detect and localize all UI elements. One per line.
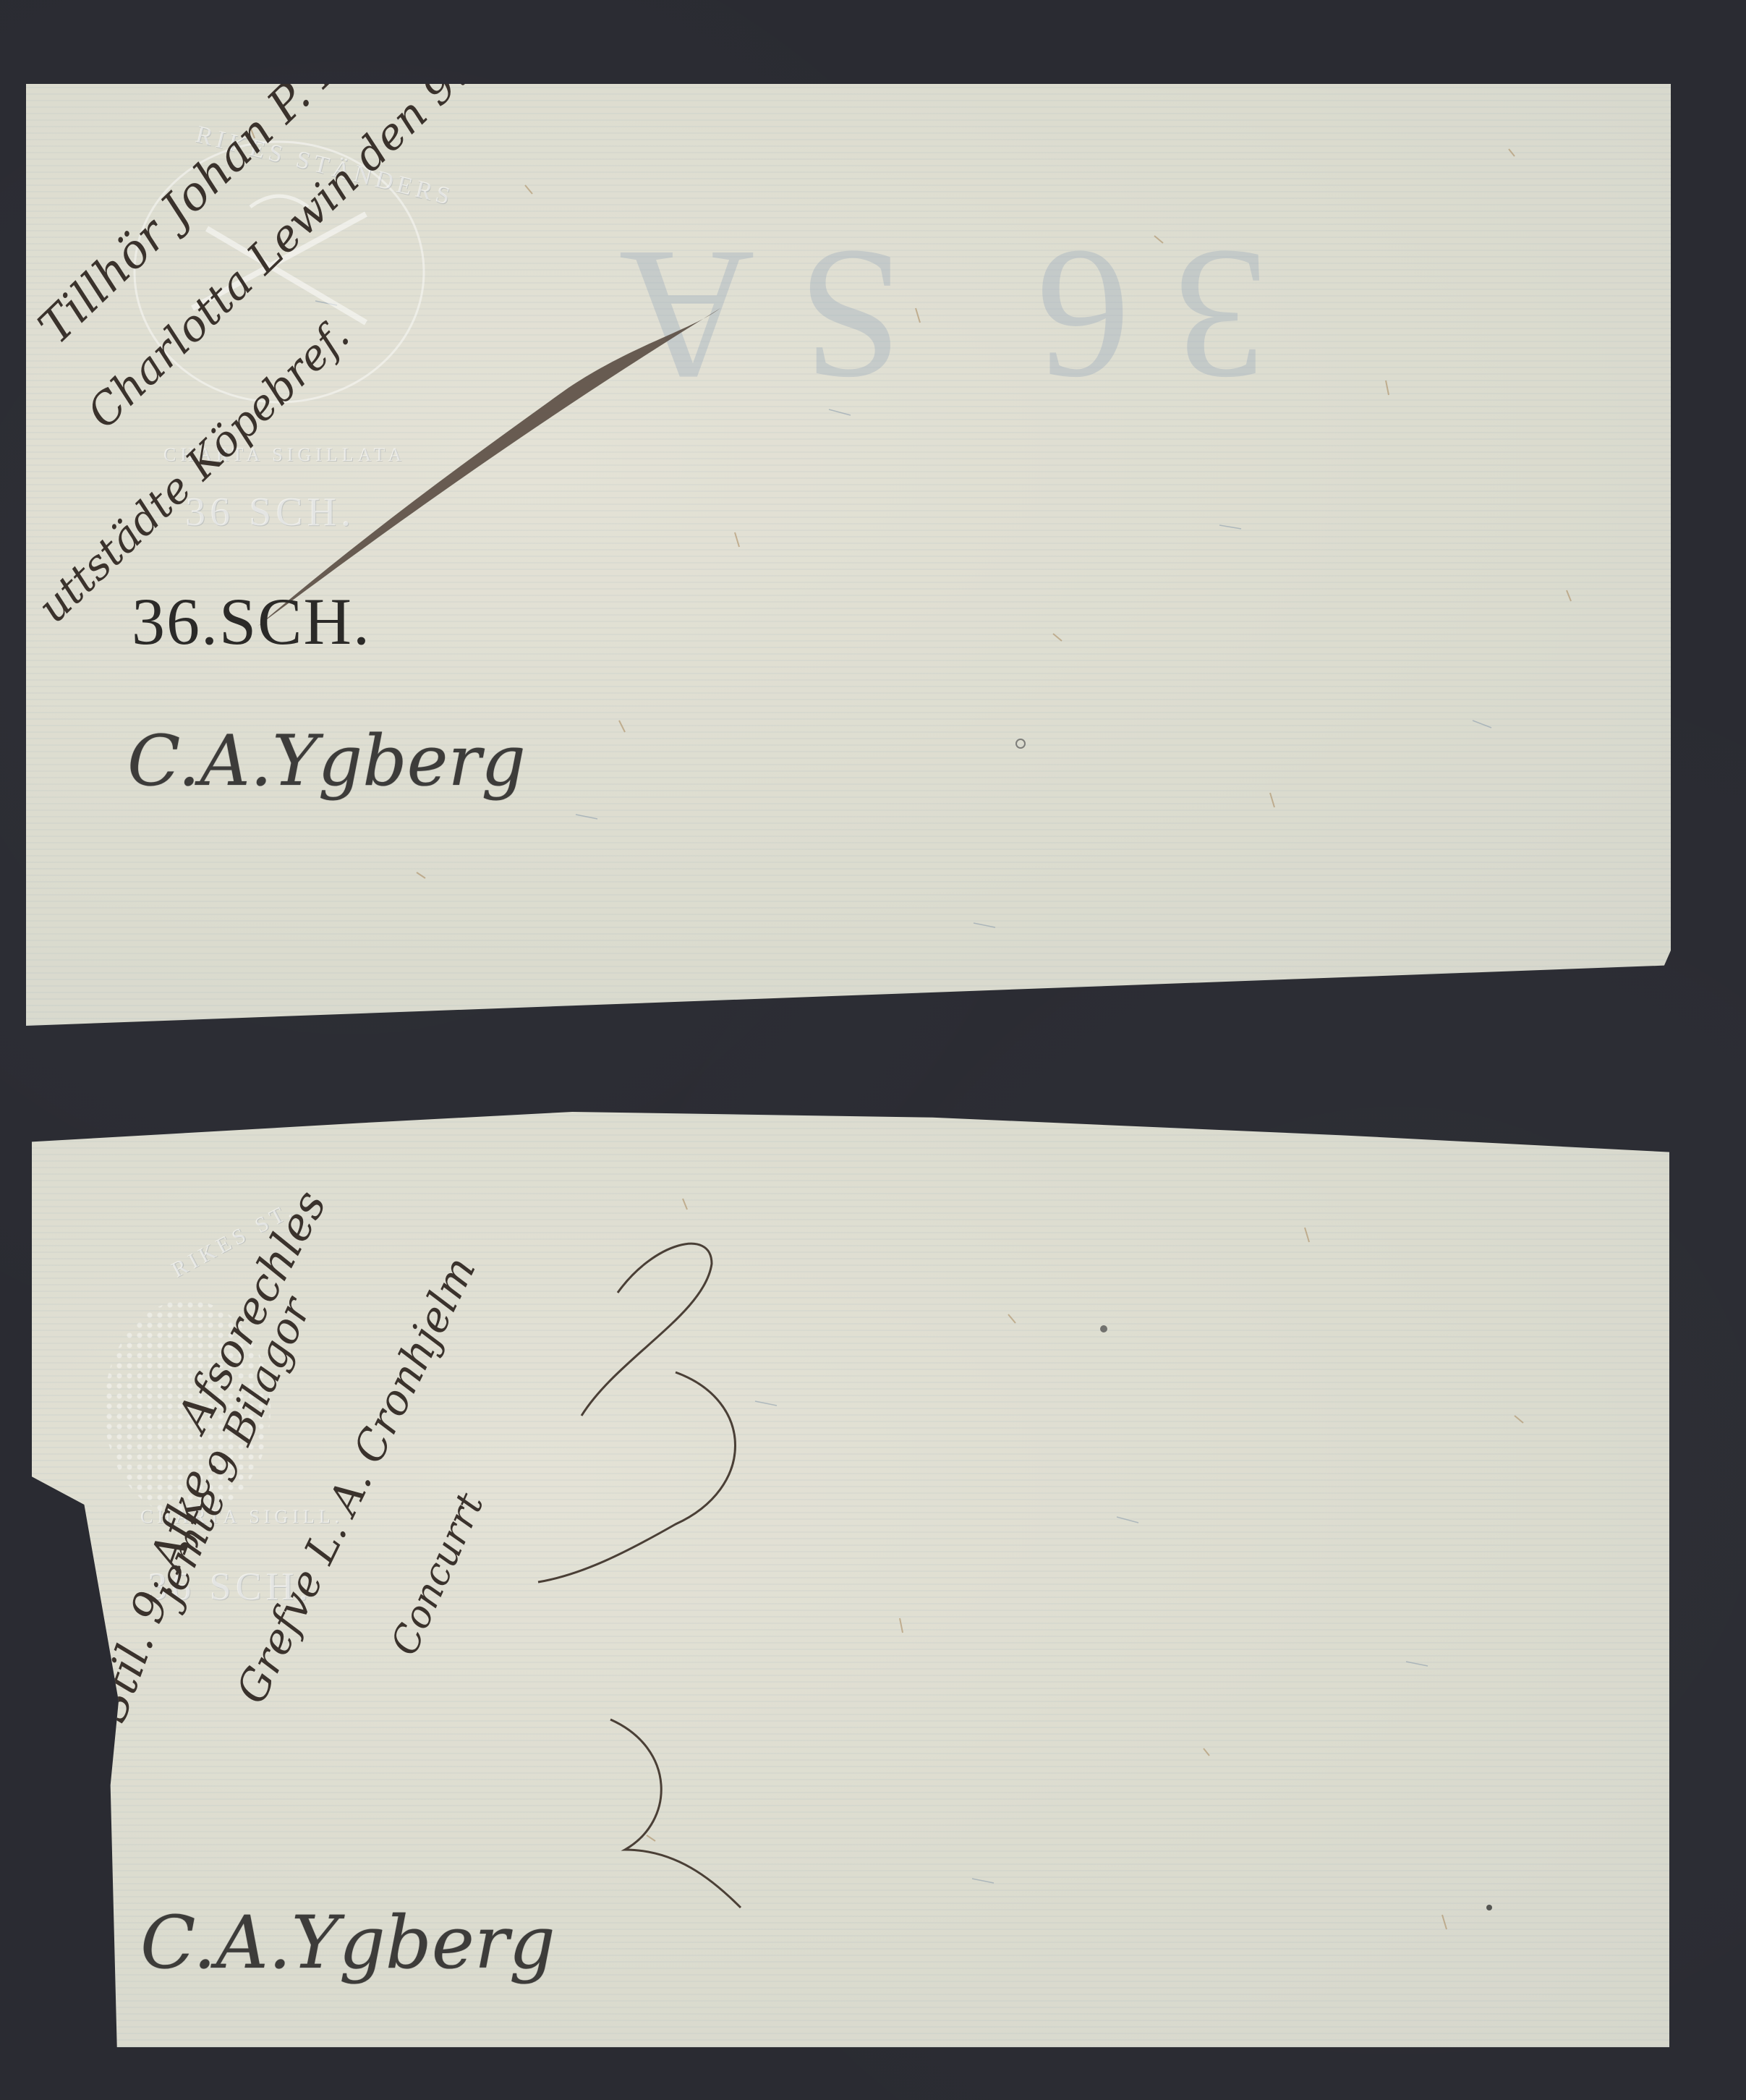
stamped-signature: C.A.Ygberg <box>140 1900 555 1985</box>
printed-denomination: 36.SCH. <box>132 583 371 660</box>
back-banknote: RIKES ST. CHARTA SIGILL. 36 SCH. Afsorec… <box>32 1112 1669 2047</box>
signature-flourish <box>437 1199 784 1922</box>
stamped-signature: C.A.Ygberg <box>127 720 526 802</box>
front-banknote: 36 SA RIKES STÄNDERS CHARTA SIGILLATA 36… <box>26 84 1671 1026</box>
